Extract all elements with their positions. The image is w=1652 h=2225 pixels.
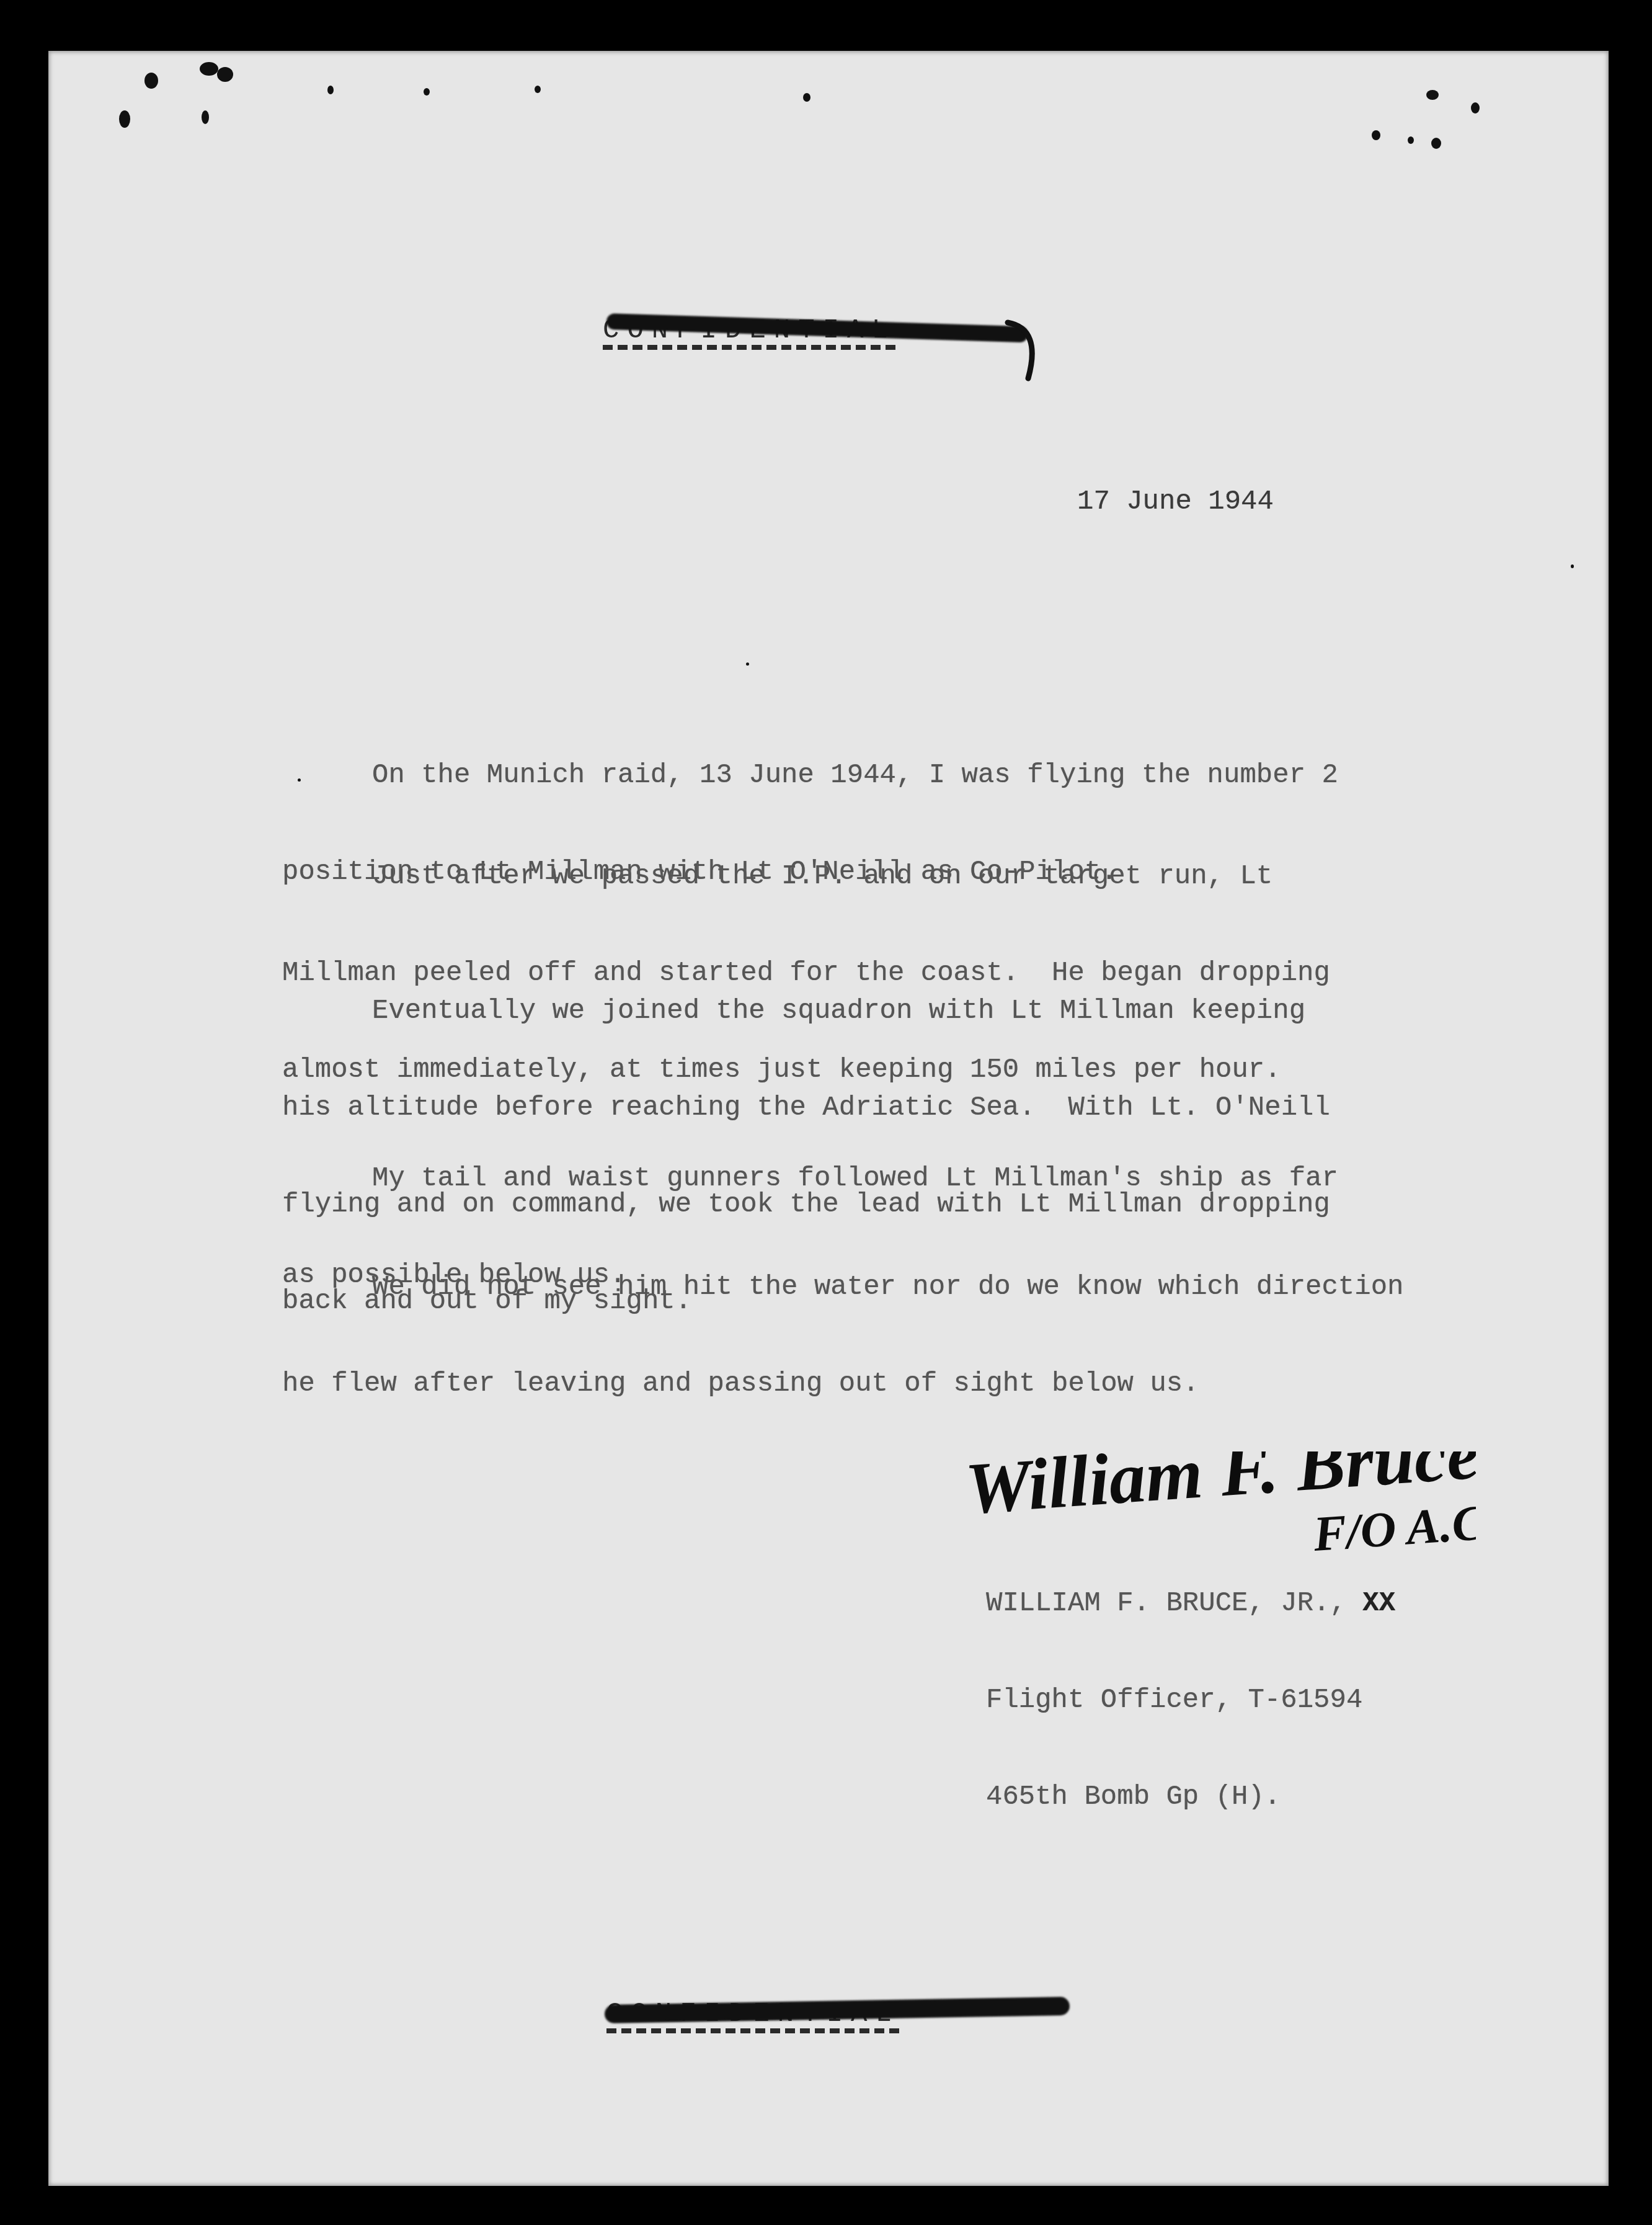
unit-line: 465th Bomb Gp (H).: [986, 1781, 1395, 1813]
paragraph-line: Just after we passed the I.P. and on our…: [282, 860, 1460, 893]
paragraph-5: We did not see him hit the water nor do …: [282, 1206, 1460, 1432]
signature-block: WILLIAM F. BRUCE, JR., XX Flight Officer…: [986, 1523, 1395, 1845]
letter-date: 17 June 1944: [1077, 486, 1274, 518]
typed-name-line: WILLIAM F. BRUCE, JR., XX: [986, 1587, 1395, 1620]
paragraph-line: We did not see him hit the water nor do …: [282, 1271, 1460, 1303]
paragraph-line: My tail and waist gunners followed Lt Mi…: [282, 1162, 1460, 1195]
typed-name: WILLIAM F. BRUCE, JR.,: [986, 1588, 1362, 1619]
paragraph-line: he flew after leaving and passing out of…: [282, 1368, 1460, 1400]
rank-line: Flight Officer, T-61594: [986, 1684, 1395, 1716]
paragraph-line: Eventually we joined the squadron with L…: [282, 995, 1460, 1027]
typed-name-overstrike: XX: [1362, 1588, 1395, 1619]
strikeout-hook: [1005, 316, 1048, 385]
paragraph-line: On the Munich raid, 13 June 1944, I was …: [282, 759, 1460, 791]
